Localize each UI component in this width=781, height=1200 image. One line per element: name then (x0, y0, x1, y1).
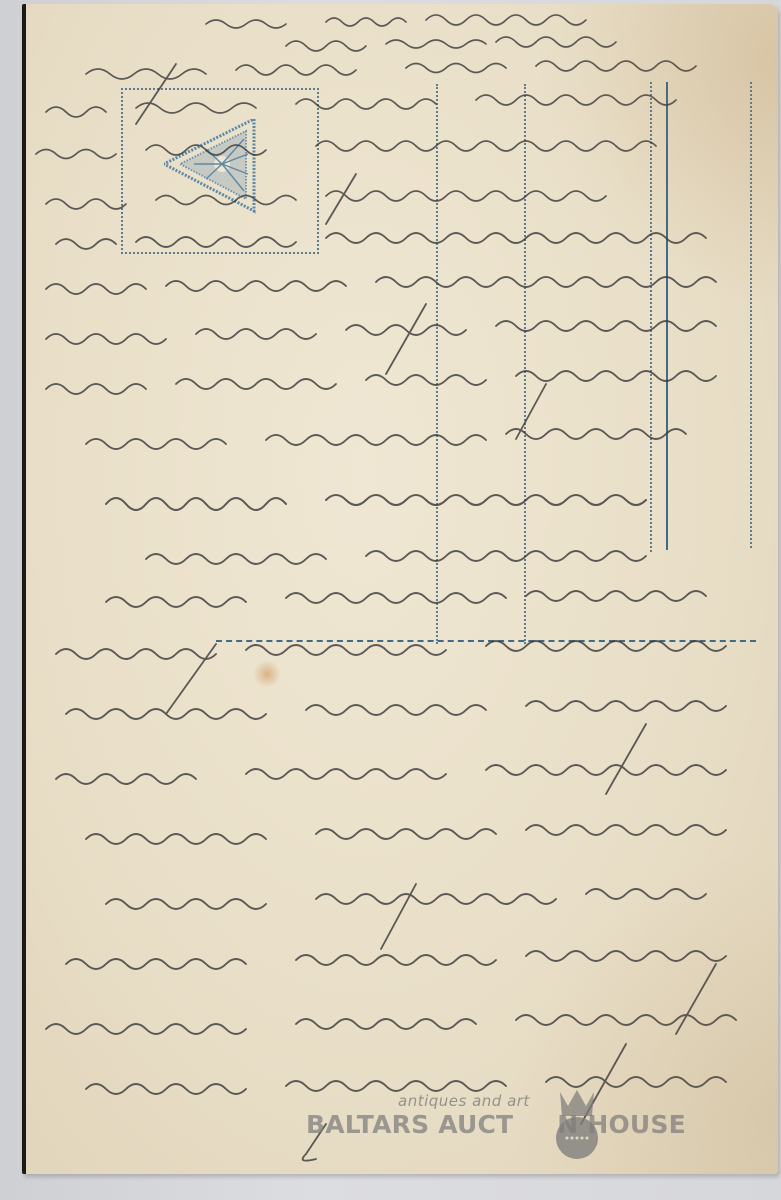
postcard: antiques and art BALTARS AUCTN HOUSE (22, 4, 778, 1174)
handwritten-message (26, 4, 778, 1174)
